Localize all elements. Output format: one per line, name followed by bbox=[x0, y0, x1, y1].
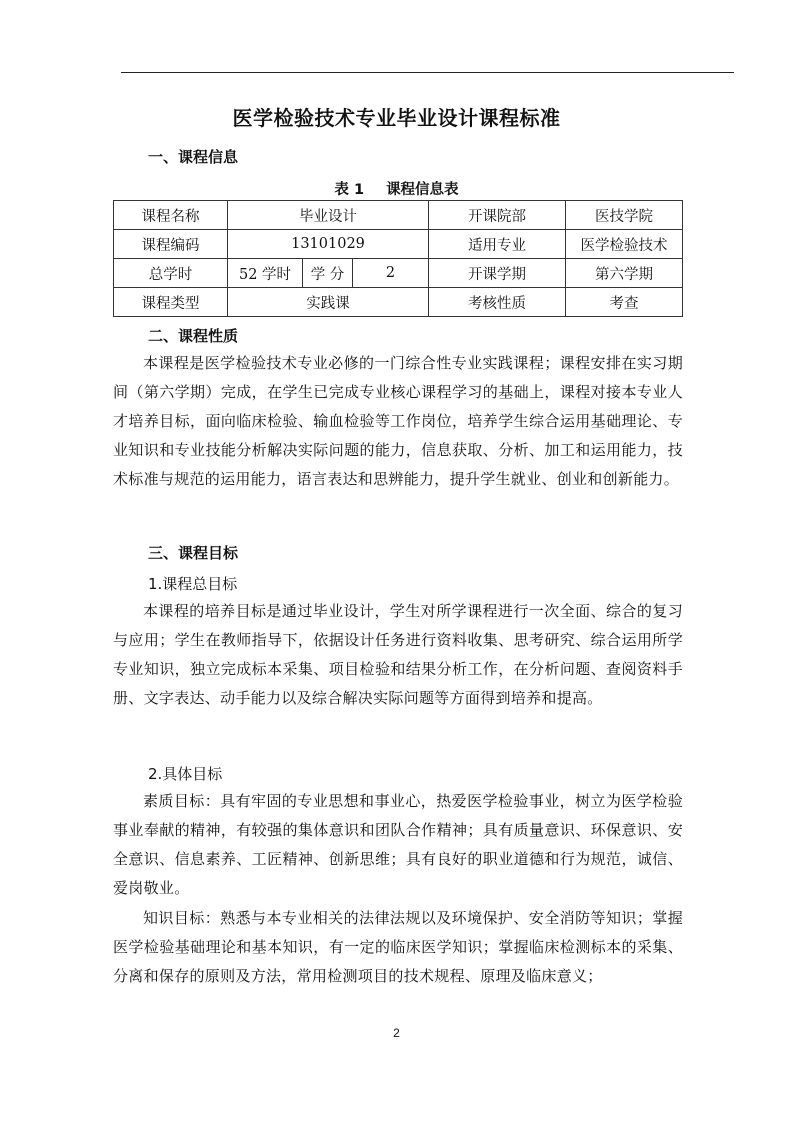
section-heading-course-goals: 三、课程目标 bbox=[148, 542, 238, 563]
table-cell: 52 学时 bbox=[228, 259, 303, 288]
table-cell: 2 bbox=[353, 259, 429, 288]
table-cell: 学 分 bbox=[303, 259, 353, 288]
table-cell: 第六学期 bbox=[566, 259, 683, 288]
table-row: 总学时 52 学时 学 分 2 开课学期 第六学期 bbox=[114, 259, 683, 288]
table-cell: 课程类型 bbox=[114, 288, 228, 317]
subheading-specific-goals: 2.具体目标 bbox=[148, 763, 222, 784]
table-caption-label: 表 1 bbox=[334, 178, 364, 199]
page-number: 2 bbox=[0, 1026, 793, 1040]
course-nature-paragraph: 本课程是医学检验技术专业必修的一门综合性专业实践课程；课程安排在实习期间（第六学… bbox=[113, 349, 683, 494]
table-row: 课程编码 13101029 适用专业 医学检验技术 bbox=[114, 230, 683, 259]
table-cell: 适用专业 bbox=[429, 230, 566, 259]
table-cell: 医技学院 bbox=[566, 201, 683, 230]
table-caption: 表 1课程信息表 bbox=[0, 178, 793, 199]
table-cell: 开课院部 bbox=[429, 201, 566, 230]
table-row: 课程名称 毕业设计 开课院部 医技学院 bbox=[114, 201, 683, 230]
knowledge-goal-paragraph: 知识目标：熟悉与本专业相关的法律法规以及环境保护、安全消防等知识；掌握医学检验基… bbox=[113, 904, 683, 991]
section-heading-course-info: 一、课程信息 bbox=[148, 146, 238, 167]
course-info-table: 课程名称 毕业设计 开课院部 医技学院 课程编码 13101029 适用专业 医… bbox=[113, 200, 683, 317]
table-cell: 课程编码 bbox=[114, 230, 228, 259]
table-cell: 开课学期 bbox=[429, 259, 566, 288]
table-cell: 总学时 bbox=[114, 259, 228, 288]
table-cell: 课程名称 bbox=[114, 201, 228, 230]
header-rule bbox=[121, 72, 734, 73]
quality-goal-paragraph: 素质目标：具有牢固的专业思想和事业心，热爱医学检验事业，树立为医学检验事业奉献的… bbox=[113, 787, 683, 903]
table-cell: 考查 bbox=[566, 288, 683, 317]
document-title: 医学检验技术专业毕业设计课程标准 bbox=[0, 102, 793, 131]
table-cell: 考核性质 bbox=[429, 288, 566, 317]
table-caption-title: 课程信息表 bbox=[386, 178, 459, 199]
section-heading-course-nature: 二、课程性质 bbox=[148, 325, 238, 346]
table-cell: 医学检验技术 bbox=[566, 230, 683, 259]
subheading-overall-goal: 1.课程总目标 bbox=[148, 573, 237, 594]
table-row: 课程类型 实践课 考核性质 考查 bbox=[114, 288, 683, 317]
table-cell: 实践课 bbox=[228, 288, 429, 317]
table-cell: 毕业设计 bbox=[228, 201, 429, 230]
table-cell: 13101029 bbox=[228, 230, 429, 259]
overall-goal-paragraph: 本课程的培养目标是通过毕业设计，学生对所学课程进行一次全面、综合的复习与应用；学… bbox=[113, 597, 683, 713]
